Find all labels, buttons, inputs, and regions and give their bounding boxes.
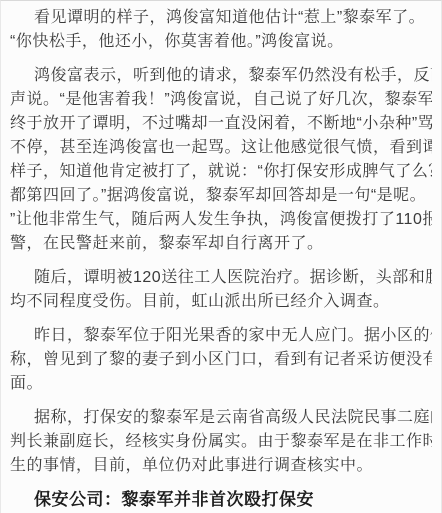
section-heading: 保安公司：黎泰军并非首次殴打保安: [10, 488, 432, 512]
text-line: 据称，打保安的黎泰军是云南省高级人民法院民事二庭的审: [10, 406, 432, 430]
text-line: “你快松手，他还小，你莫害着他。”鸿俊富说。: [10, 30, 432, 54]
text-line: 昨日，黎泰军位于阳光果香的家中无人应门。据小区的保安: [10, 324, 432, 348]
article-body: 看见谭明的样子，鸿俊富知道他估计“惹上”黎泰军了。“你快松手，他还小，你莫害着他…: [10, 6, 432, 478]
text-line: 都第四回了。”据鸿俊富说，黎泰军却回答却是一句“是呢。: [10, 184, 432, 208]
text-line: 面。: [10, 372, 432, 396]
text-line: 称，曾见到了黎的妻子到小区门口，看到有记者采访便没有露: [10, 348, 432, 372]
text-line: 样子，知道他肯定被打了，就说：“你打保安形成脾气了么？这: [10, 160, 432, 184]
text-line: 判长兼副庭长，经核实身份属实。由于黎泰军是在非工作时间发: [10, 430, 432, 454]
text-line: 警，在民警赶来前，黎泰军却自行离开了。: [10, 232, 432, 256]
paragraph: 鸿俊富表示，听到他的请求，黎泰军仍然没有松手，反而大声说。“是他害着我！”鸿俊富…: [10, 64, 432, 256]
text-line: 看见谭明的样子，鸿俊富知道他估计“惹上”黎泰军了。: [10, 6, 432, 30]
paragraph: 据称，打保安的黎泰军是云南省高级人民法院民事二庭的审判长兼副庭长，经核实身份属实…: [10, 406, 432, 478]
text-line: 生的事情，目前，单位仍对此事进行调查核实中。: [10, 454, 432, 478]
paragraph: 看见谭明的样子，鸿俊富知道他估计“惹上”黎泰军了。“你快松手，他还小，你莫害着他…: [10, 6, 432, 54]
paragraph: 随后，谭明被120送往工人医院治疗。据诊断，头部和腹部均不同程度受伤。目前，虹山…: [10, 266, 432, 314]
text-line: 均不同程度受伤。目前，虹山派出所已经介入调查。: [10, 290, 432, 314]
text-line: 随后，谭明被120送往工人医院治疗。据诊断，头部和腹部: [10, 266, 432, 290]
text-line: 声说。“是他害着我！”鸿俊富说，自己说了好几次，黎泰军才: [10, 88, 432, 112]
text-line: 鸿俊富表示，听到他的请求，黎泰军仍然没有松手，反而大: [10, 64, 432, 88]
text-line: 终于放开了谭明，不过嘴却一直没闲着，不断地“小杂种”骂个: [10, 112, 432, 136]
text-line: ”让他非常生气，随后两人发生争执，鸿俊富便拨打了110报: [10, 208, 432, 232]
text-line: 不停，甚至连鸿俊富也一起骂。这让他感觉很气愤，看到谭明的: [10, 136, 432, 160]
paragraph: 昨日，黎泰军位于阳光果香的家中无人应门。据小区的保安称，曾见到了黎的妻子到小区门…: [10, 324, 432, 396]
article-page: 看见谭明的样子，鸿俊富知道他估计“惹上”黎泰军了。“你快松手，他还小，你莫害着他…: [0, 0, 442, 513]
